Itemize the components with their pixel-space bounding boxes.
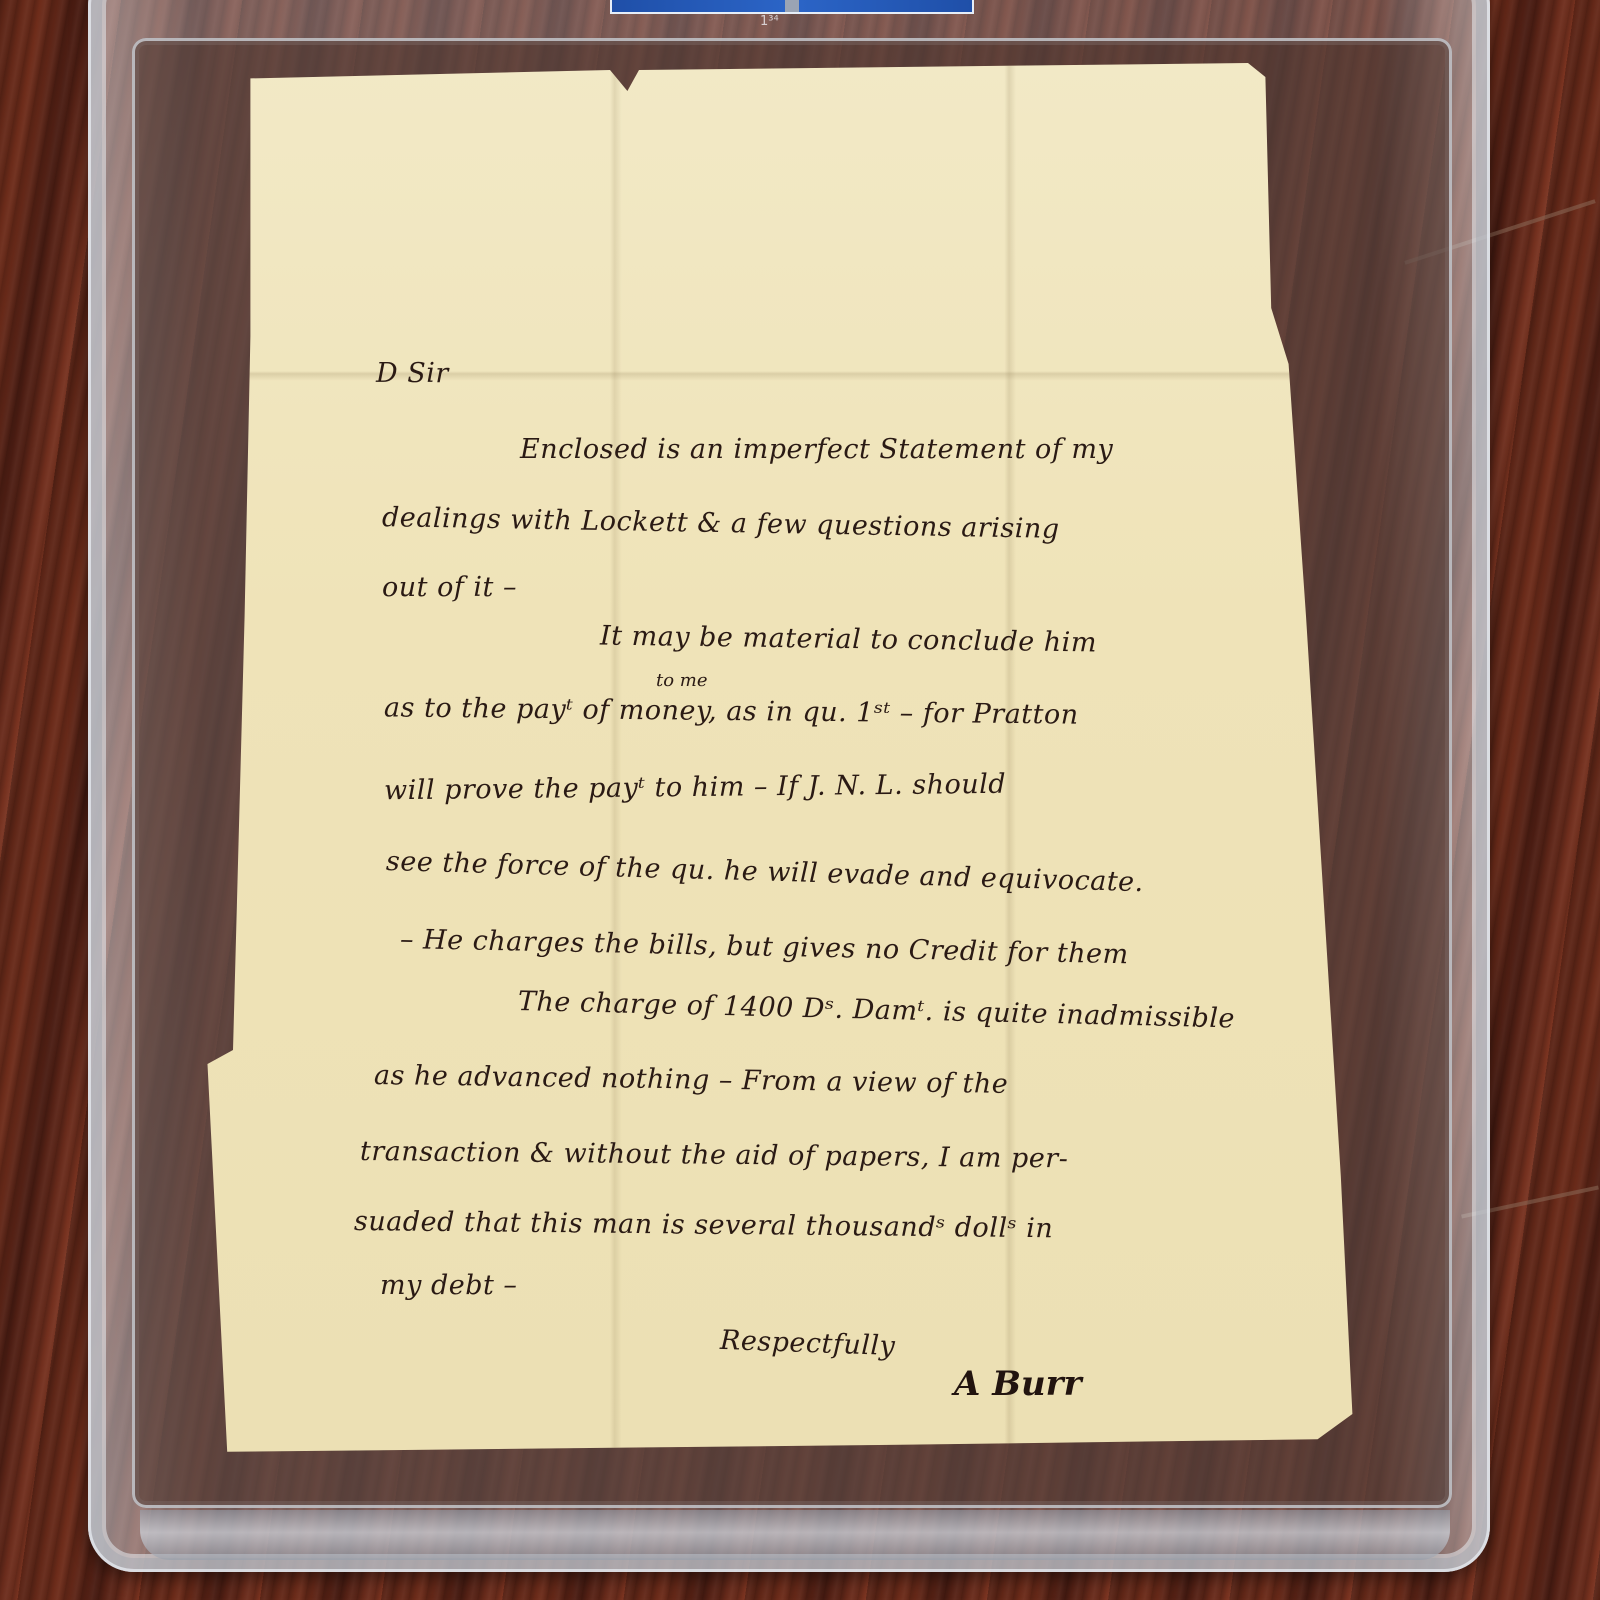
letter-interlinear-insertion: to me <box>656 670 708 691</box>
letter-line: suaded that this man is several thousand… <box>354 1206 1054 1244</box>
letter-line: – He charges the bills, but gives no Cre… <box>400 924 1129 970</box>
letter-line: out of it – <box>382 572 517 603</box>
letter-salutation: D Sir <box>376 358 449 389</box>
letter-line: my debt – <box>380 1270 517 1301</box>
letter-line: dealings with Lockett & a few questions … <box>382 502 1060 545</box>
letter-line: It may be material to conclude him <box>600 621 1097 659</box>
letter-closing: Respectfully <box>720 1325 896 1362</box>
letter-line: see the force of the qu. he will evade a… <box>386 846 1145 898</box>
holder-label <box>610 0 974 14</box>
letter-line: as to the payᵗ of money, as in qu. 1ˢᵗ –… <box>384 692 1079 730</box>
letter-line: Enclosed is an imperfect Statement of my <box>520 434 1113 465</box>
letter-line: transaction & without the aid of papers,… <box>360 1136 1069 1174</box>
letter: D Sir Enclosed is an imperfect Statement… <box>204 56 1364 1456</box>
letter-line: will prove the payᵗ to him – If J. N. L.… <box>384 769 1006 807</box>
holder-bottom-rail <box>140 1510 1450 1560</box>
holder-label-number: 1³⁴ <box>760 14 779 29</box>
letter-line: as he advanced nothing – From a view of … <box>374 1060 1009 1100</box>
letter-line: The charge of 1400 Dˢ. Damᵗ. is quite in… <box>518 986 1236 1035</box>
letter-signature: A Burr <box>954 1364 1082 1404</box>
